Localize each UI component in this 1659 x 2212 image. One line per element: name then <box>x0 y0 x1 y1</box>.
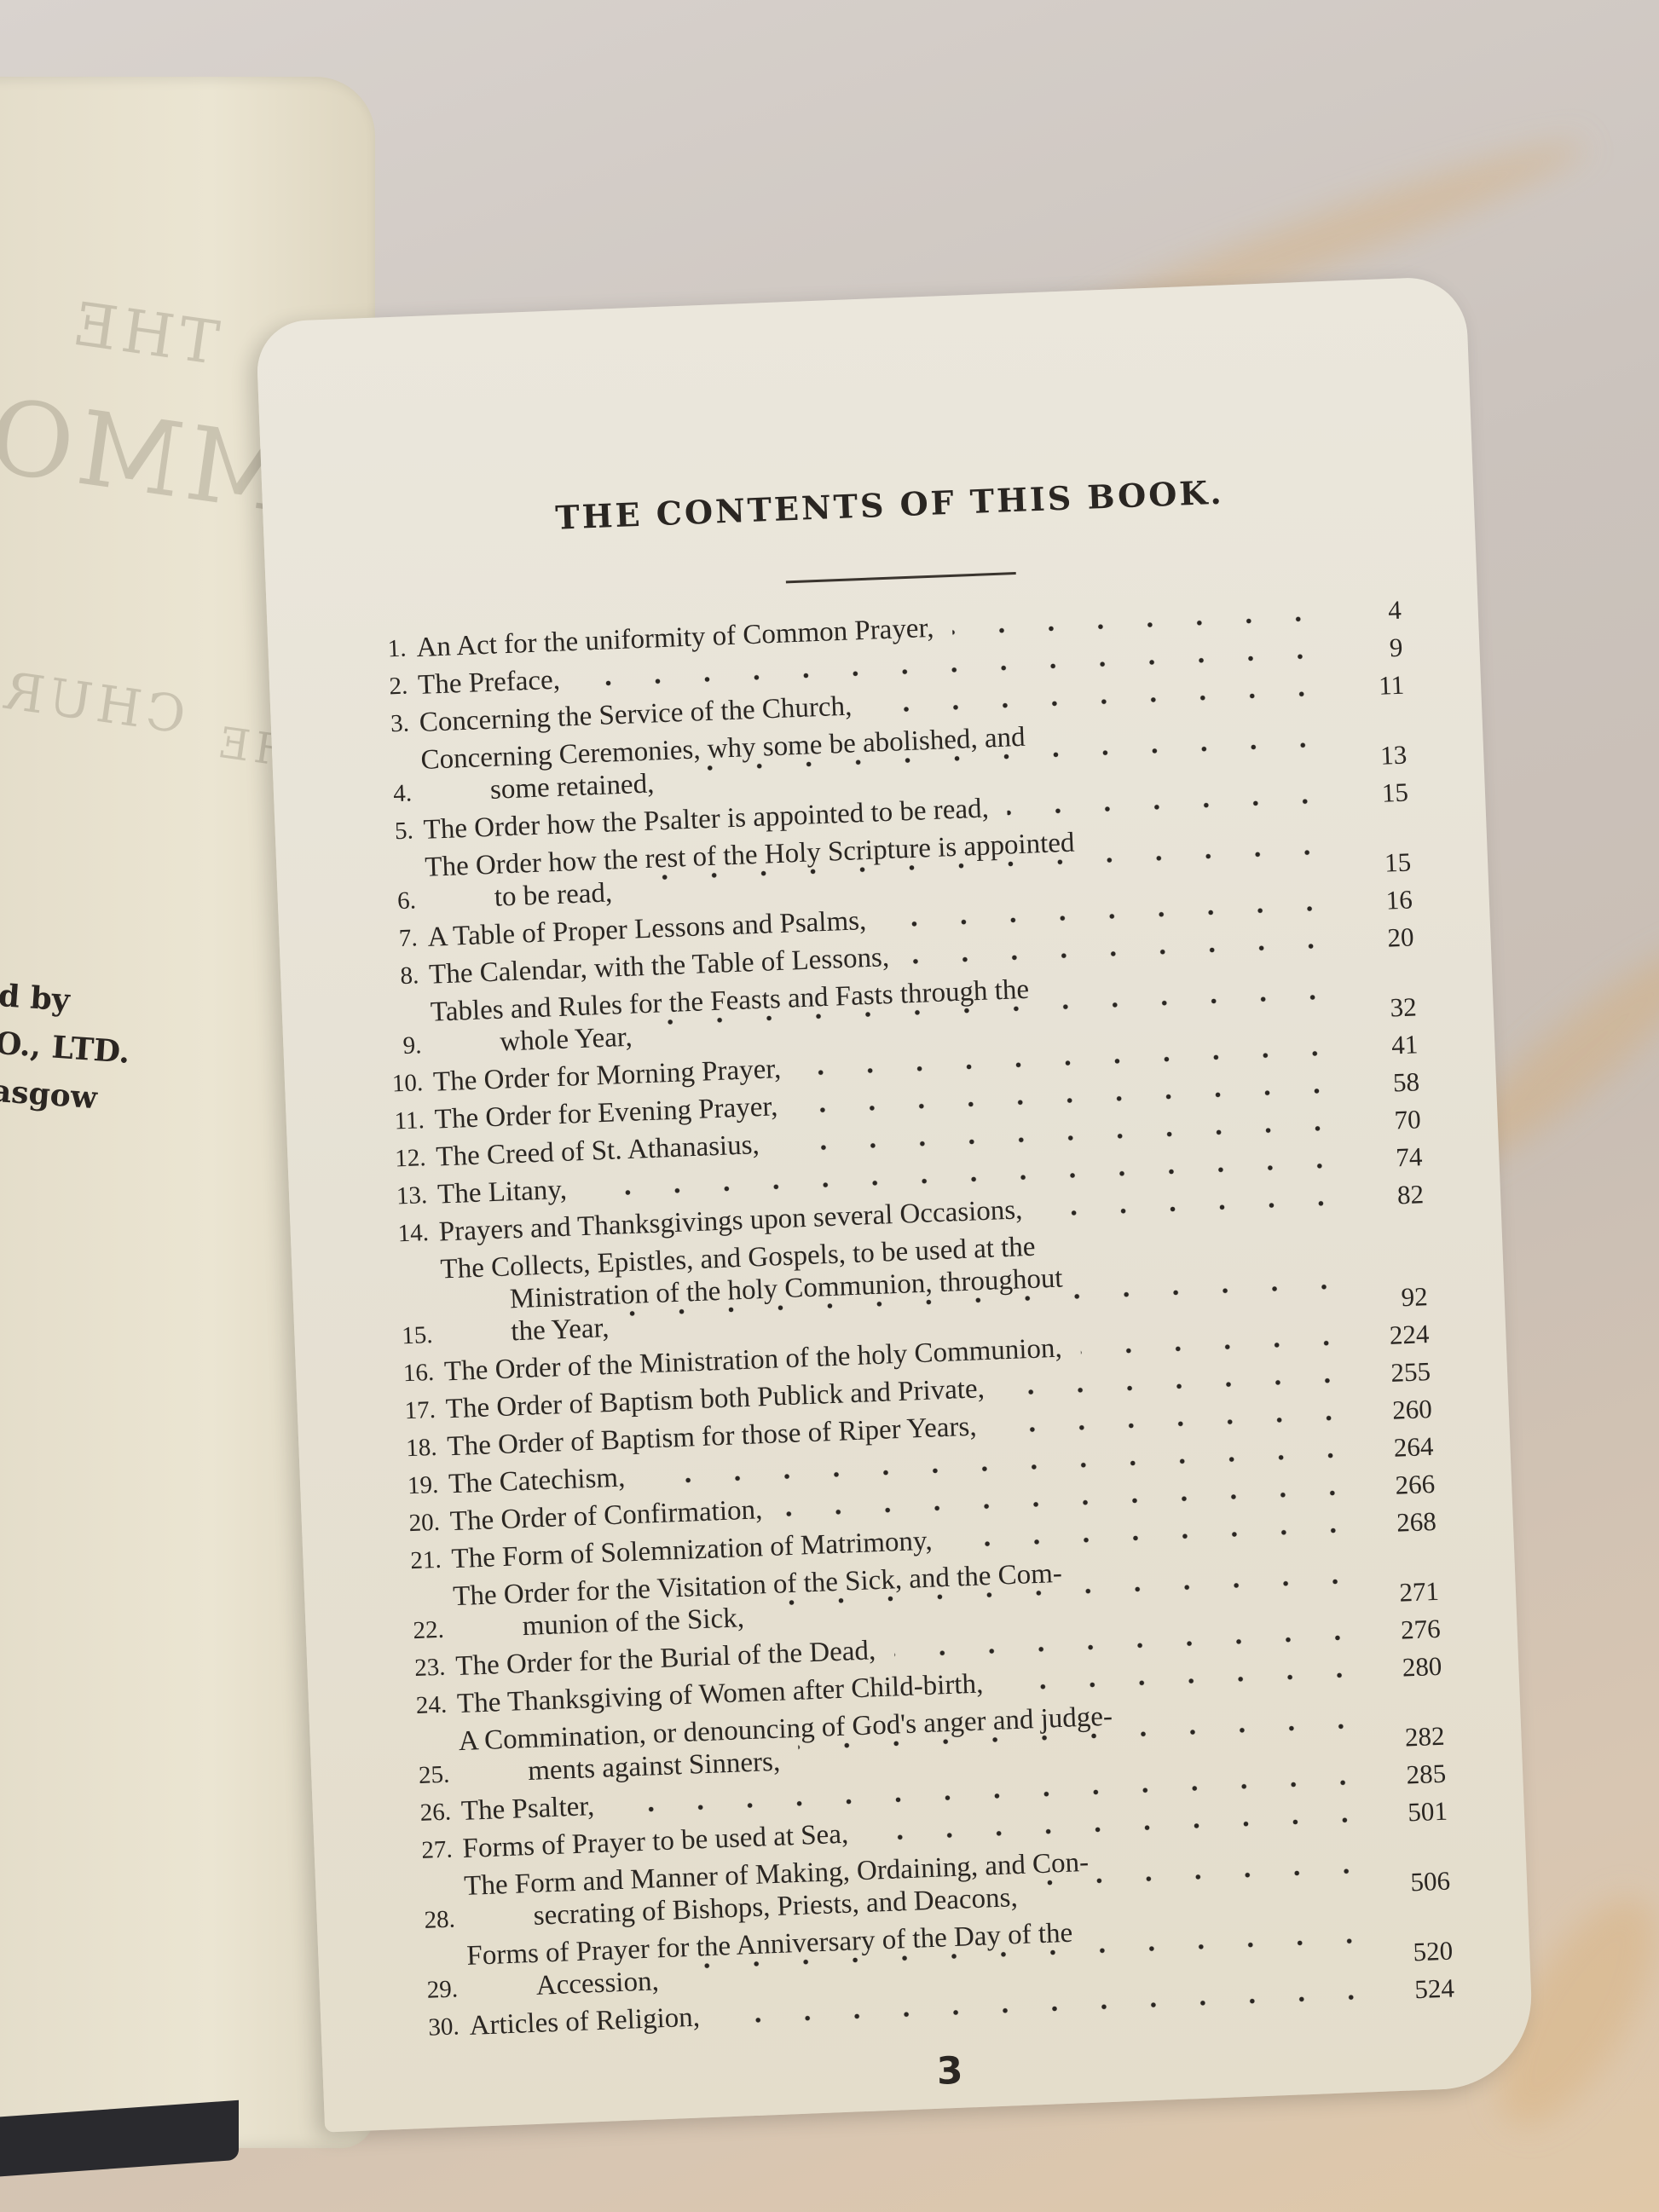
entry-page-number: 32 <box>1356 990 1417 1025</box>
entry-number: 22. <box>390 1613 454 1648</box>
entry-page-number: 15 <box>1350 846 1411 881</box>
dot-leader <box>1002 1672 1363 1690</box>
entry-page-number: 58 <box>1359 1066 1419 1100</box>
entry-number: 26. <box>397 1795 461 1830</box>
entry-page-number: 92 <box>1367 1280 1428 1315</box>
entry-page-number: 15 <box>1348 777 1408 811</box>
entry-number: 29. <box>404 1972 468 2007</box>
entry-title: The Psalter, <box>460 1790 595 1828</box>
contents-page: THE CONTENTS OF THIS BOOK. 1.An Act for … <box>348 466 1458 2114</box>
publisher-line: O., LTD. <box>0 1019 131 1077</box>
dot-leader <box>908 943 1336 964</box>
entry-number: 30. <box>406 2010 470 2045</box>
table-of-contents: 1.An Act for the uniformity of Common Pr… <box>353 594 1455 2045</box>
entry-number: 11. <box>371 1104 435 1139</box>
entry-page-number: 260 <box>1372 1393 1432 1428</box>
publisher-imprint: d by O., LTD. asgow <box>0 972 135 1124</box>
page-title: THE CONTENTS OF THIS BOOK. <box>348 466 1397 545</box>
entry-page-number: 271 <box>1379 1575 1439 1610</box>
bleed-through-text: THE <box>64 288 223 378</box>
entry-number: 21. <box>388 1543 452 1578</box>
entry-number: 25. <box>396 1758 460 1793</box>
entry-title: The Preface, <box>418 664 561 702</box>
entry-page-number: 74 <box>1362 1141 1423 1175</box>
entry-page-number: 266 <box>1374 1468 1435 1503</box>
entry-number: 3. <box>355 707 419 742</box>
entry-number: 19. <box>385 1468 449 1503</box>
entry-title: some retained, <box>489 768 655 806</box>
dot-leader <box>870 690 1326 713</box>
entry-number: 10. <box>369 1066 433 1101</box>
entry-number: 7. <box>364 921 428 956</box>
dot-leader <box>1041 1200 1345 1217</box>
right-page: THE CONTENTS OF THIS BOOK. 1.An Act for … <box>256 276 1535 2133</box>
entry-page-number: 276 <box>1380 1613 1441 1648</box>
entry-page-number: 282 <box>1384 1720 1445 1755</box>
entry-title: to be read, <box>494 876 613 913</box>
entry-number: 18. <box>384 1430 448 1465</box>
entry-number: 13. <box>374 1179 438 1214</box>
entry-number: 8. <box>366 959 430 994</box>
dot-leader <box>996 1415 1355 1434</box>
dot-leader <box>951 1527 1359 1547</box>
entry-page-number: 70 <box>1361 1103 1421 1138</box>
entry-page-number: 11 <box>1344 669 1404 704</box>
entry-number: 20. <box>386 1505 450 1540</box>
entry-number: 1. <box>353 632 417 667</box>
entry-number: 27. <box>399 1833 463 1868</box>
dot-leader <box>719 1994 1376 2024</box>
entry-page-number: 224 <box>1369 1318 1430 1353</box>
entry-page-number: 13 <box>1347 739 1408 774</box>
entry-page-number: 16 <box>1352 883 1413 918</box>
entry-number: 5. <box>360 814 424 849</box>
entry-number: 28. <box>402 1903 465 1938</box>
dot-leader <box>894 1634 1362 1657</box>
entry-title: Articles of Religion, <box>469 2001 701 2042</box>
entry-page-number: 520 <box>1392 1935 1453 1970</box>
dot-leader <box>1008 798 1330 816</box>
entry-page-number: 285 <box>1385 1758 1446 1793</box>
entry-number: 2. <box>355 669 419 704</box>
entry-title: whole Year, <box>500 1021 633 1059</box>
title-rule <box>786 572 1016 583</box>
publisher-line: asgow <box>0 1067 128 1124</box>
entry-page-number: 9 <box>1343 632 1403 667</box>
entry-number: 9. <box>368 1029 432 1064</box>
entry-number: 14. <box>375 1216 439 1251</box>
entry-page-number: 264 <box>1373 1430 1434 1465</box>
entry-number: 24. <box>393 1688 457 1723</box>
entry-number: 17. <box>382 1393 446 1428</box>
entry-page-number: 82 <box>1363 1178 1424 1213</box>
entry-page-number: 4 <box>1341 594 1402 629</box>
entry-page-number: 255 <box>1370 1355 1431 1390</box>
entry-page-number: 501 <box>1387 1795 1448 1830</box>
entry-number: 4. <box>358 777 422 811</box>
page-number: 3 <box>408 2030 1458 2113</box>
entry-page-number: 280 <box>1382 1650 1442 1685</box>
dot-leader <box>1003 1377 1353 1396</box>
bleed-through-text: CHUR <box>0 661 189 746</box>
entry-number: 6. <box>362 884 426 919</box>
dot-leader <box>885 905 1334 927</box>
entry-number: 15. <box>379 1318 443 1353</box>
entry-title: The Order of Confirmation, <box>449 1493 763 1538</box>
dot-leader <box>1081 1340 1351 1355</box>
entry-page-number: 524 <box>1394 1972 1454 2007</box>
entry-title: The Catechism, <box>448 1461 626 1500</box>
entry-title: the Year, <box>511 1312 610 1348</box>
dot-leader <box>952 615 1323 635</box>
entry-page-number: 41 <box>1358 1028 1419 1063</box>
entry-page-number: 268 <box>1376 1505 1436 1540</box>
entry-title: Accession, <box>535 1965 659 2001</box>
entry-page-number: 20 <box>1354 921 1414 956</box>
entry-title: The Litany, <box>436 1174 567 1211</box>
entry-number: 23. <box>392 1650 456 1685</box>
entry-number: 16. <box>380 1355 444 1390</box>
dot-leader <box>867 1816 1369 1841</box>
entry-number: 12. <box>373 1141 436 1176</box>
entry-title: The Creed of St. Athanasius, <box>436 1129 760 1174</box>
entry-page-number: 506 <box>1390 1865 1450 1900</box>
